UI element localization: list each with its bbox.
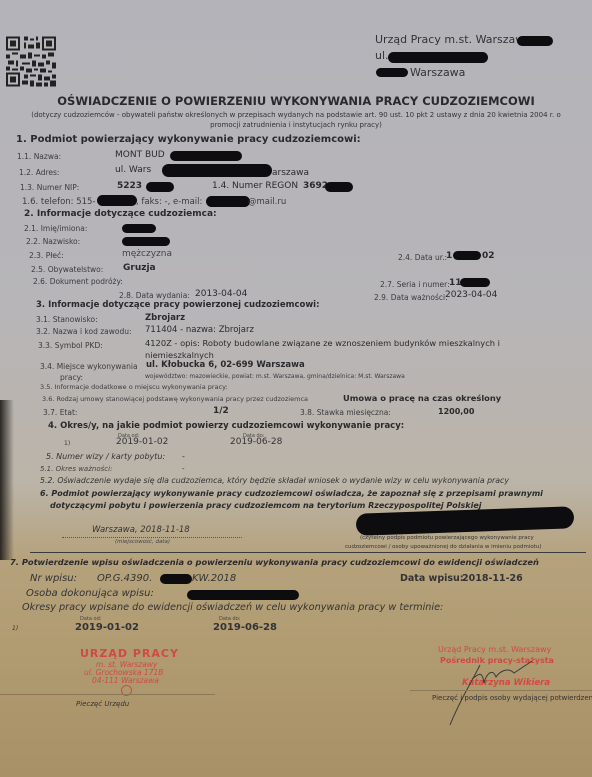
pkd-value-line1: 4120Z - opis: Roboty budowlane związane … <box>145 338 500 348</box>
entry-person-label: Osoba dokonująca wpisu: <box>26 588 154 599</box>
contact-label: 1.6. telefon: 515- <box>22 197 96 207</box>
monthly-rate-value: 1200,00 <box>438 407 474 416</box>
redacted-field <box>376 68 408 77</box>
period7-from-value: 2019-01-02 <box>75 622 139 633</box>
entry-date-label: Data wpisu: <box>400 573 464 584</box>
period7-to-value: 2019-06-28 <box>213 622 277 633</box>
section2-heading: 2. Informacje dotyczące cudzoziemca: <box>24 209 217 219</box>
sex-label: 2.3. Płeć: <box>29 251 64 260</box>
series-label: 2.7. Seria i numer: <box>380 280 450 289</box>
monthly-rate-label: 3.8. Stawka miesięczna: <box>300 408 391 417</box>
place-date-line <box>62 537 242 538</box>
dob-label: 2.4. Data ur.: <box>398 253 447 262</box>
redacted-field <box>388 52 488 63</box>
pkd-value-line2: niemieszkalnych <box>145 350 214 360</box>
office-street: ul. <box>375 49 389 62</box>
employer-address-suffix: arszawa <box>272 168 309 178</box>
contract-type-label: 3.6. Rodzaj umowy stanowiącej podstawę w… <box>42 395 308 403</box>
entry-number-suffix: KW.2018 <box>192 573 236 584</box>
contact-fax-email-label: , faks: -, e-mail: <box>136 197 202 207</box>
period-index: 1) <box>64 440 70 447</box>
employer-name-label: 1.1. Nazwa: <box>17 152 61 161</box>
document-title: OŚWIADCZENIE O POWIERZENIU WYKONYWANIA P… <box>0 94 592 108</box>
issue-date-value: 2013-04-04 <box>195 289 247 299</box>
redacted-field <box>160 574 192 584</box>
redacted-field <box>325 182 353 192</box>
section6-line2: dotyczącymi pobytu i powierzenia pracy c… <box>50 501 481 510</box>
redacted-field <box>453 251 481 260</box>
place-date: Warszawa, 2018-11-18 <box>92 525 190 535</box>
occupation-value: 711404 - nazwa: Zbrojarz <box>145 325 254 335</box>
office-stamp-line1: URZĄD PRACY <box>80 647 179 660</box>
periods-heading: Okresy pracy wpisane do ewidencji oświad… <box>22 602 443 613</box>
nip-label: 1.3. Numer NIP: <box>20 183 79 192</box>
workplace-details: województwo: mazowieckie, powiat: m.st. … <box>145 373 405 380</box>
entry-date-value: 2018-11-26 <box>462 573 523 584</box>
official-stamp-line1: Urząd Pracy m.st. Warszawy <box>438 645 551 654</box>
place-date-caption: (miejscowość, data) <box>115 539 170 545</box>
redacted-field <box>187 590 299 600</box>
visa-note: 5.2. Oświadczenie wydaje się dla cudzozi… <box>40 476 509 485</box>
document-subtitle-line2: promocji zatrudnienia i instytucjach ryn… <box>0 121 592 129</box>
nip-value: 5223 <box>117 181 142 191</box>
visa-number-value: - <box>182 452 185 461</box>
section-divider <box>30 552 586 553</box>
expiry-date-label: 2.9. Data ważności: <box>374 293 448 302</box>
section3-heading: 3. Informacje dotyczące pracy powierzone… <box>36 300 320 310</box>
extra-info-label: 3.5. Informacje dodatkowe o miejscu wyko… <box>40 383 228 391</box>
office-name: Urząd Pracy m.st. Warszawy <box>375 33 531 46</box>
visa-validity-value: - <box>182 465 185 473</box>
employer-name-value: MONT BUD <box>115 150 165 160</box>
email-domain: @mail.ru <box>248 197 286 207</box>
entry-number-prefix: OP.G.4390. <box>97 573 152 584</box>
position-label: 3.1. Stanowisko: <box>36 315 98 324</box>
official-stamp-caption: Pieczęć i podpis osoby wydającej potwier… <box>432 694 592 702</box>
workplace-label-line1: 3.4. Miejsce wykonywania <box>40 362 138 371</box>
period7-index: 1) <box>12 625 18 632</box>
dob-suffix: 02 <box>482 251 495 261</box>
entry-number-label: Nr wpisu: <box>30 573 77 584</box>
redacted-field <box>122 224 156 233</box>
section7-heading: 7. Potwierdzenie wpisu oświadczenia o po… <box>10 557 539 567</box>
redacted-field <box>206 196 250 207</box>
contract-type-value: Umowa o pracę na czas określony <box>343 393 501 403</box>
document-subtitle-line1: (dotyczy cudzoziemców - obywateli państw… <box>0 111 592 119</box>
qr-code-icon <box>6 34 56 89</box>
dob-prefix: 1 <box>446 251 452 261</box>
fte-value: 1/2 <box>213 406 229 416</box>
section4-heading: 4. Okres/y, na jakie podmiot powierzy cu… <box>48 421 404 431</box>
page-shadow <box>0 400 14 560</box>
signature-caption-line2: cudzoziemcowi / osoby upoważnionej do dz… <box>345 544 542 550</box>
issue-date-label: 2.8. Data wydania: <box>119 291 190 300</box>
workplace-value: ul. Kłobucka 6, 02-699 Warszawa <box>146 360 305 370</box>
period-from-value: 2019-01-02 <box>116 437 168 447</box>
office-stamp-line <box>0 694 215 695</box>
sex-value: mężczyzna <box>122 249 172 259</box>
pkd-label: 3.3. Symbol PKD: <box>38 341 103 350</box>
redacted-field <box>97 195 137 206</box>
redacted-field <box>517 36 553 46</box>
first-name-label: 2.1. Imię/imiona: <box>24 224 87 233</box>
fte-label: 3.7. Etat: <box>43 408 77 417</box>
position-value: Zbrojarz <box>145 313 185 323</box>
visa-validity-label: 5.1. Okres ważności: <box>40 465 112 473</box>
redacted-field <box>460 278 490 287</box>
surname-label: 2.2. Nazwisko: <box>26 237 80 246</box>
redacted-signature <box>356 506 575 536</box>
office-city: Warszawa <box>410 66 465 79</box>
official-stamp-line <box>410 690 592 691</box>
workplace-label-line2: pracy: <box>60 373 83 382</box>
redacted-field <box>162 164 272 177</box>
redacted-field <box>170 151 242 161</box>
redacted-field <box>122 237 170 246</box>
travel-document-label: 2.6. Dokument podróży: <box>33 277 123 286</box>
expiry-date-value: 2023-04-04 <box>445 290 497 300</box>
section6-line1: 6. Podmiot powierzający wykonywanie prac… <box>40 489 543 498</box>
period-to-value: 2019-06-28 <box>230 437 282 447</box>
redacted-field <box>146 182 174 192</box>
signature-caption-line1: (czytelny podpis podmiotu powierzającego… <box>360 535 534 541</box>
section1-heading: 1. Podmiot powierzający wykonywanie prac… <box>16 134 361 145</box>
regon-label: 1.4. Numer REGON <box>212 181 298 191</box>
office-stamp-caption: Pieczęć Urzędu <box>76 700 129 708</box>
employer-address-label: 1.2. Adres: <box>19 168 59 177</box>
visa-number-label: 5. Numer wizy / karty pobytu: <box>46 452 165 461</box>
office-stamp-line4: 04-111 Warszawa <box>92 676 159 685</box>
citizenship-value: Gruzja <box>123 263 156 273</box>
employer-address-value: ul. Wars <box>115 165 151 175</box>
citizenship-label: 2.5. Obywatelstwo: <box>31 265 103 274</box>
occupation-label: 3.2. Nazwa i kod zawodu: <box>36 327 132 336</box>
